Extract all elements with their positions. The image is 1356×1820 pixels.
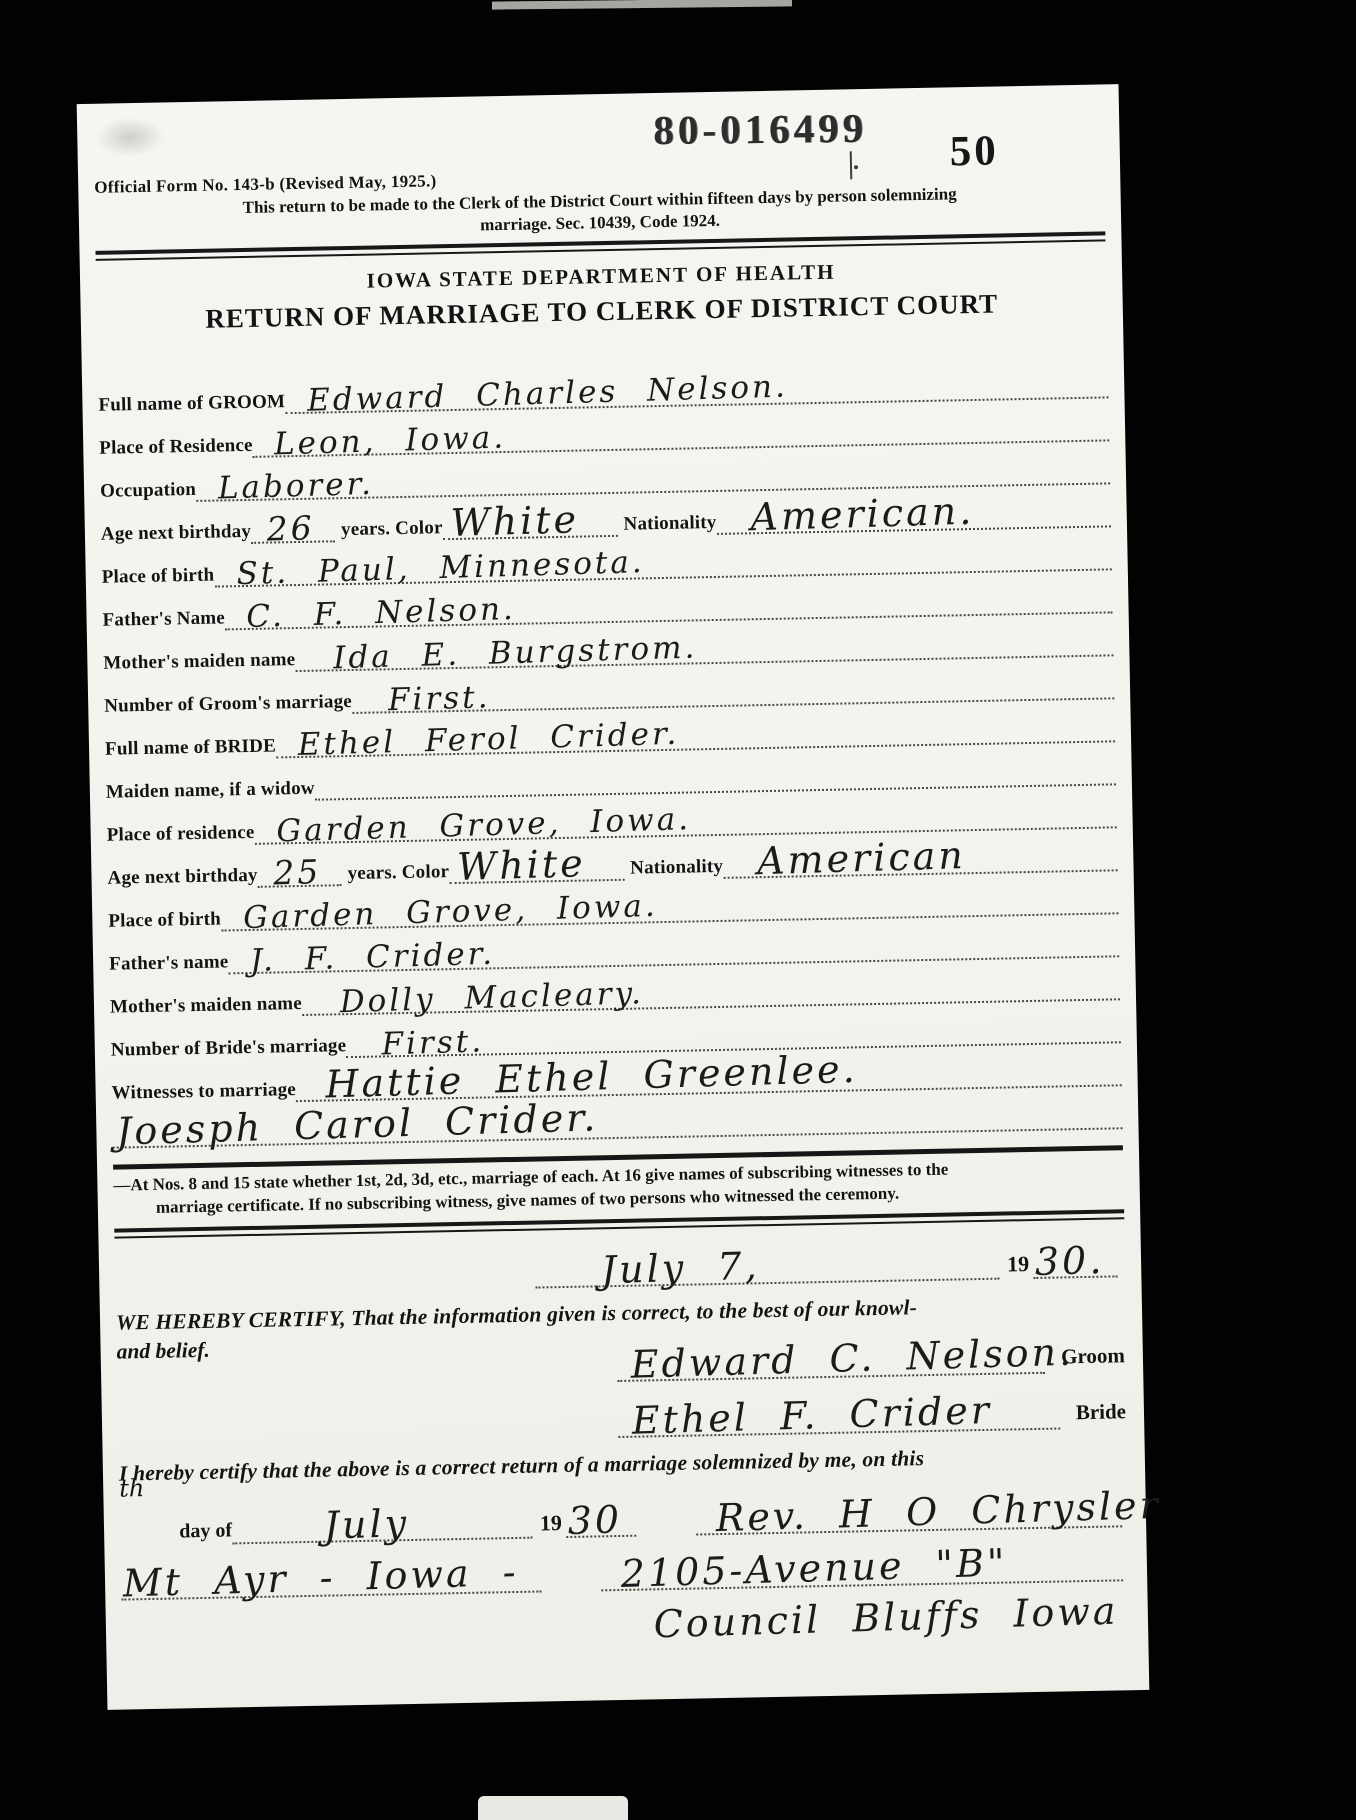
field-label: Age next birthday (101, 521, 252, 547)
bride-signature-label: Bride (1060, 1399, 1129, 1429)
field-label: Place of Residence (99, 435, 253, 461)
handwritten-day-suffix: th (119, 1474, 145, 1502)
scan-smudge (95, 116, 166, 157)
certificate-page: 80-016499 50 Official Form No. 143-b (Re… (77, 84, 1150, 1710)
handwritten-city: Council Bluffs Iowa (653, 1589, 1119, 1647)
field-label: Age next birthday (107, 865, 258, 891)
printed-year-prefix: 19 (999, 1251, 1034, 1280)
day-of-label: day of (179, 1519, 232, 1545)
scan-artifact-top (492, 0, 792, 10)
scan-artifact-bottom (478, 1796, 628, 1820)
field-label: Father's name (109, 952, 229, 977)
field-label: Nationality (623, 512, 716, 537)
field-label: years. Color (347, 861, 449, 886)
field-label: Place of birth (108, 909, 221, 934)
handwritten-witness-2: Joesph Carol Crider. (116, 1095, 599, 1153)
bride-signature: Ethel F. Crider (631, 1388, 992, 1443)
printed-year-prefix-2: 19 (532, 1510, 567, 1539)
handwritten-year: 30. (1034, 1238, 1105, 1284)
field-label: Place of birth (102, 565, 215, 590)
stamped-file-number: 80-016499 (653, 104, 867, 154)
field-label: Occupation (100, 479, 196, 504)
marriage-date-line: July 7, 19 30. (534, 1219, 1117, 1288)
field-label: Nationality (630, 856, 723, 881)
field-label: years. Color (341, 517, 443, 542)
handwritten-date: July 7, (600, 1244, 760, 1293)
field-label: Full name of BRIDE (105, 736, 276, 762)
form-fields: Full name of GROOM Edward Charles Nelson… (98, 356, 1123, 1149)
field-label: Father's Name (102, 608, 225, 633)
field-label: Place of residence (107, 822, 255, 848)
